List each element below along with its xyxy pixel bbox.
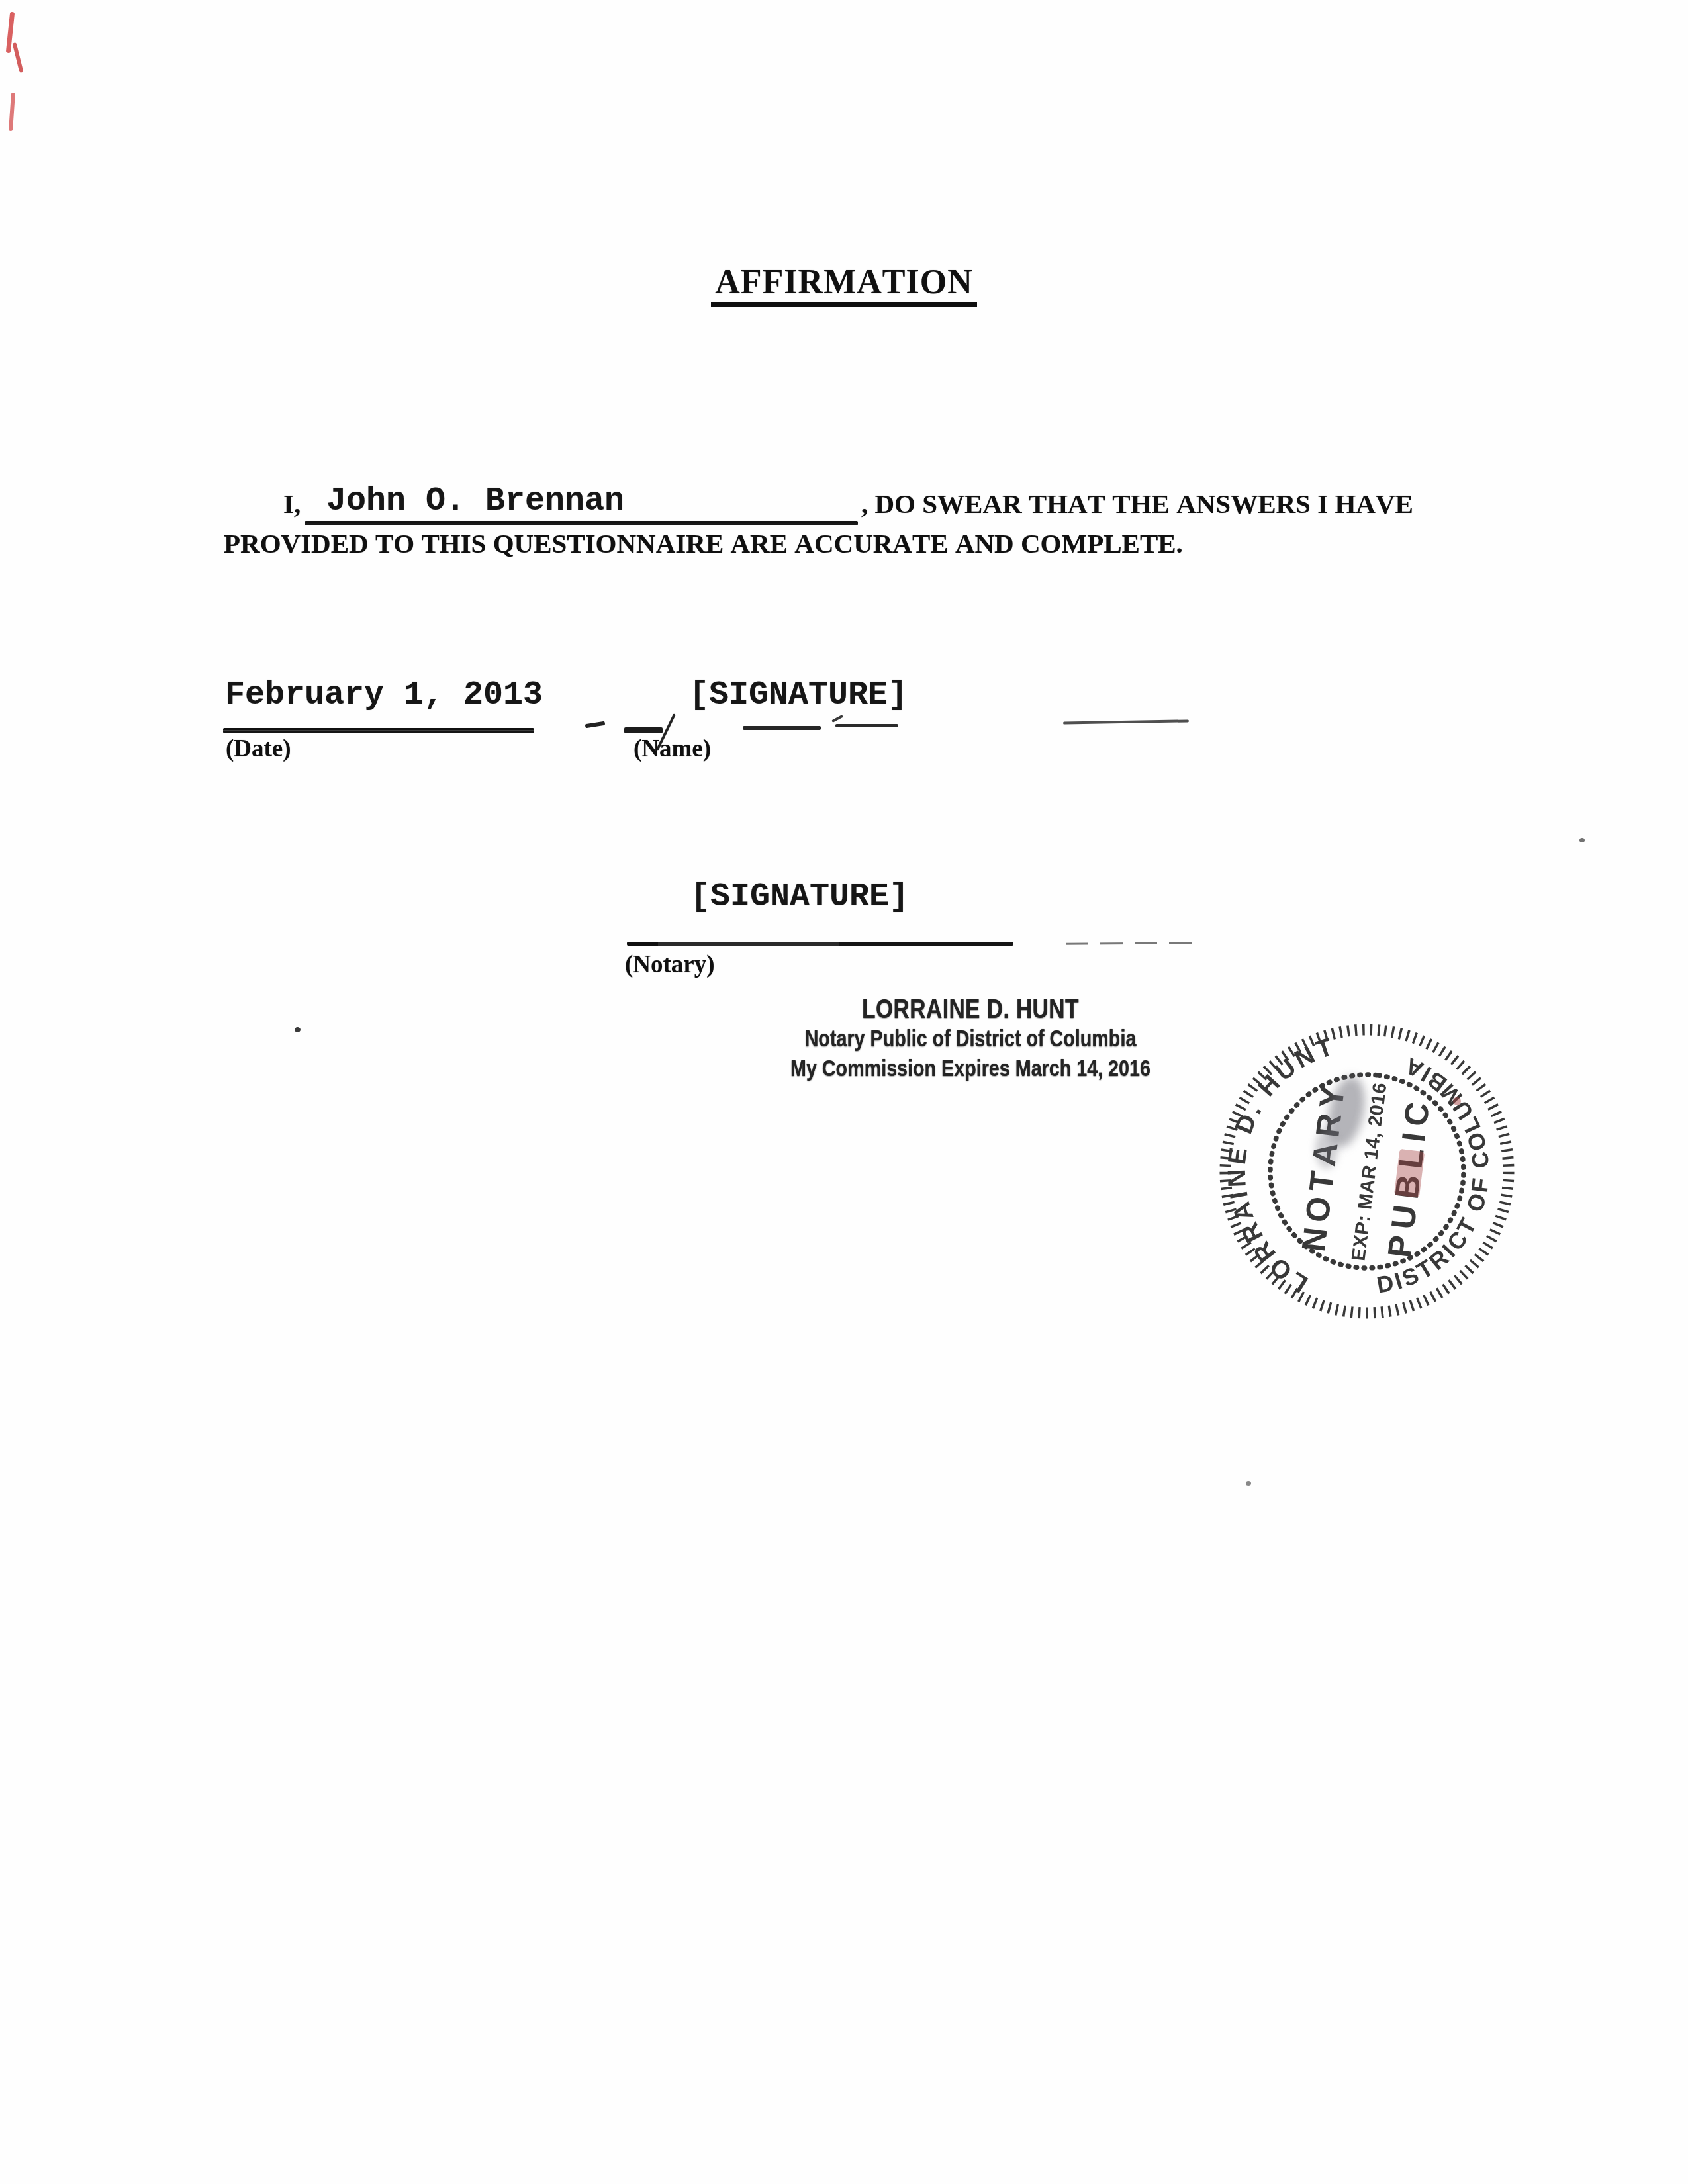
notary-signature-placeholder: [SIGNATURE]: [690, 881, 909, 914]
oath-line1-text: , DO SWEAR THAT THE ANSWERS I HAVE: [861, 490, 1413, 518]
signature-line-fragment: [624, 727, 663, 733]
oath-lead-in: I,: [283, 490, 301, 518]
notary-stamp-name: LORRAINE D. HUNT: [731, 995, 1211, 1023]
signature-line-fragment: [1063, 719, 1189, 724]
notary-stamp-text: LORRAINE D. HUNT Notary Public of Distri…: [731, 995, 1211, 1080]
date-label: (Date): [226, 737, 291, 761]
notary-stamp-expiry: My Commission Expires March 14, 2016: [731, 1057, 1211, 1080]
notary-underline: [627, 942, 1013, 946]
red-edge-mark: [13, 42, 24, 73]
signature-line-fragment: [743, 726, 821, 730]
notary-seal: LORRAINE D. HUNT DISTRICT OF COLUMBIA NO…: [1194, 998, 1540, 1345]
scan-speck: [1579, 838, 1585, 842]
signature-line-fragment: [831, 715, 843, 723]
scanned-affirmation-page: AFFIRMATION I, John O. Brennan , DO SWEA…: [0, 0, 1688, 2184]
ink-smudge: [1315, 1129, 1338, 1169]
notary-label: (Notary): [625, 952, 715, 977]
oath-line2-text: PROVIDED TO THIS QUESTIONNAIRE ARE ACCUR…: [224, 530, 1183, 557]
notary-line-fragment: [1066, 942, 1197, 945]
name-signature-placeholder: [SIGNATURE]: [689, 679, 908, 712]
page-title: AFFIRMATION: [711, 265, 976, 307]
date-value: February 1, 2013: [225, 679, 543, 712]
signature-line-fragment: [585, 721, 606, 729]
signature-line-fragment: [835, 724, 898, 727]
red-edge-mark: [9, 93, 15, 131]
notary-seal-graphic: LORRAINE D. HUNT DISTRICT OF COLUMBIA NO…: [1194, 998, 1540, 1345]
notary-stamp-jurisdiction: Notary Public of District of Columbia: [731, 1027, 1211, 1050]
scan-speck: [295, 1027, 301, 1032]
page-title-wrap: AFFIRMATION: [0, 265, 1688, 307]
scan-speck: [1246, 1481, 1251, 1486]
affiant-name: John O. Brennan: [326, 485, 624, 518]
date-underline: [223, 728, 534, 733]
name-label: (Name): [633, 737, 711, 761]
name-blank-underline: [305, 521, 858, 525]
